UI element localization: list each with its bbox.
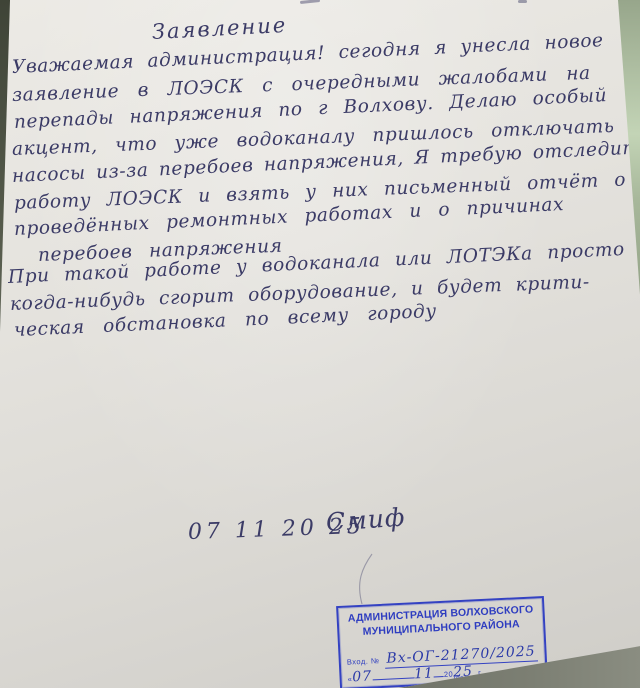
stray-pen-scratch xyxy=(348,550,388,610)
stamp-org-name: АДМИНИСТРАЦИЯ ВОЛХОВСКОГО МУНИЦИПАЛЬНОГО… xyxy=(338,603,543,640)
cutoff-ink-mark xyxy=(300,0,320,4)
stamp-year-prefix: 20 xyxy=(444,669,454,678)
handwritten-signature: Смиф xyxy=(325,502,406,536)
cutoff-ink-mark xyxy=(518,0,527,3)
stamp-blank-line xyxy=(372,665,415,680)
stamp-date-day: 07 xyxy=(352,668,373,685)
document-title: Заявление xyxy=(151,13,287,44)
stamp-date-month: 11 xyxy=(414,665,435,682)
paper-sheet: Заявление Уважаемая администрация! сегод… xyxy=(0,0,640,688)
